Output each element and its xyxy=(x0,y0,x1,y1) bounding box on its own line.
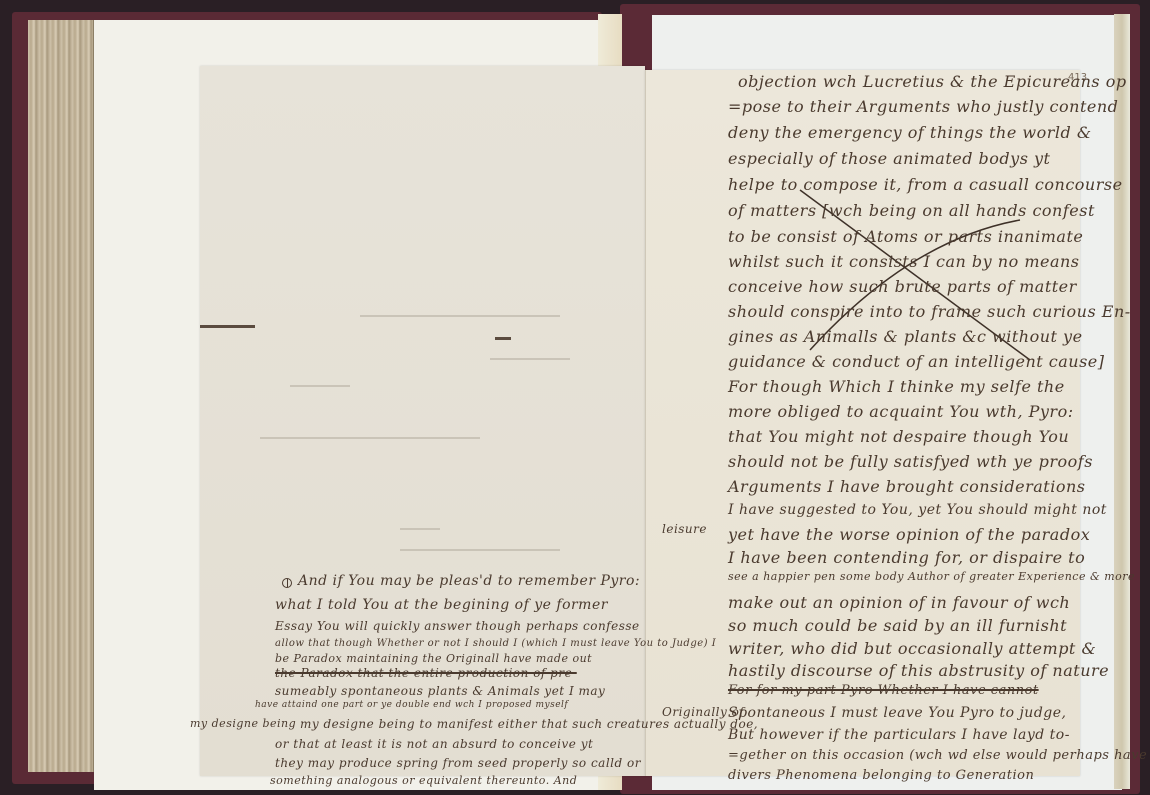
manuscript-line: =gether on this occasion (wch wd else wo… xyxy=(728,748,1147,763)
manuscript-line: =pose to their Arguments who justly cont… xyxy=(728,97,1118,116)
manuscript-line: allow that though Whether or not I shoul… xyxy=(275,638,716,649)
manuscript-line: guidance & conduct of an intelligent cau… xyxy=(728,352,1105,371)
manuscript-line: that You might not despaire though You xyxy=(728,427,1069,446)
manuscript-line: or that at least it is not an absurd to … xyxy=(275,737,593,751)
margin-note: leisure xyxy=(662,522,707,536)
manuscript-line: gines as Animalls & plants &c without ye xyxy=(728,327,1083,346)
manuscript-line: Arguments I have brought considerations xyxy=(728,477,1085,496)
manuscript-line: should not be fully satisfyed wth ye pro… xyxy=(728,452,1093,471)
manuscript-line: what I told You at the begining of ye fo… xyxy=(275,597,608,613)
manuscript-line: have attaind one part or ye double end w… xyxy=(255,700,568,710)
page-block-edge xyxy=(28,20,94,772)
manuscript-line: should conspire into to frame such curio… xyxy=(728,302,1131,321)
manuscript-line: deny the emergency of things the world & xyxy=(728,123,1092,142)
manuscript-line: something analogous or equivalent thereu… xyxy=(270,774,577,787)
manuscript-line: divers Phenomena belonging to Generation xyxy=(728,768,1034,783)
manuscript-line: sumeably spontaneous plants & Animals ye… xyxy=(275,684,605,698)
manuscript-line: especially of those animated bodys yt xyxy=(728,149,1050,168)
manuscript-line: to be consist of Atoms or parts inanimat… xyxy=(728,227,1083,246)
manuscript-line: see a happier pen some body Author of gr… xyxy=(728,570,1135,583)
manuscript-line: more obliged to acquaint You wth, Pyro: xyxy=(728,402,1074,421)
margin-note: my designe being xyxy=(190,717,296,730)
manuscript-line: be Paradox maintaining the Originall hav… xyxy=(275,652,592,665)
manuscript-line: For though Which I thinke my selfe the xyxy=(728,377,1065,396)
manuscript-line: conceive how such brute parts of matter xyxy=(728,277,1077,296)
manuscript-line: whilst such it consists I can by no mean… xyxy=(728,252,1080,271)
manuscript-line: my designe being to manifest either that… xyxy=(300,717,758,731)
insertion-mark-icon xyxy=(282,578,292,588)
manuscript-line: Essay You will quickly answer though per… xyxy=(275,619,640,633)
manuscript-line: I have suggested to You, yet You should … xyxy=(728,502,1107,518)
manuscript-line: so much could be said by an ill furnisht xyxy=(728,616,1067,635)
page-block-edge-right xyxy=(1114,14,1130,789)
manuscript-line: the Paradox that the entire production o… xyxy=(275,666,577,680)
manuscript-line: objection wch Lucretius & the Epicureans… xyxy=(738,72,1127,91)
manuscript-line: of matters [wch being on all hands confe… xyxy=(728,201,1095,220)
manuscript-line: yet have the worse opinion of the parado… xyxy=(728,525,1090,544)
manuscript-line: hastily discourse of this abstrusity of … xyxy=(728,661,1109,680)
manuscript-line: make out an opinion of in favour of wch xyxy=(728,593,1070,612)
manuscript-line: helpe to compose it, from a casuall conc… xyxy=(728,175,1123,194)
manuscript-line: I have been contending for, or dispaire … xyxy=(728,548,1085,567)
leaf-fold xyxy=(645,70,646,776)
manuscript-line: But however if the particulars I have la… xyxy=(728,727,1070,743)
manuscript-line: they may produce spring from seed proper… xyxy=(275,756,641,770)
manuscript-line: writer, who did but occasionally attempt… xyxy=(728,639,1096,658)
manuscript-line: Spontaneous I must leave You Pyro to jud… xyxy=(728,705,1066,721)
manuscript-line: And if You may be pleas'd to remember Py… xyxy=(298,573,640,589)
manuscript-line: For for my part Pyro Whether I have cann… xyxy=(728,683,1039,698)
